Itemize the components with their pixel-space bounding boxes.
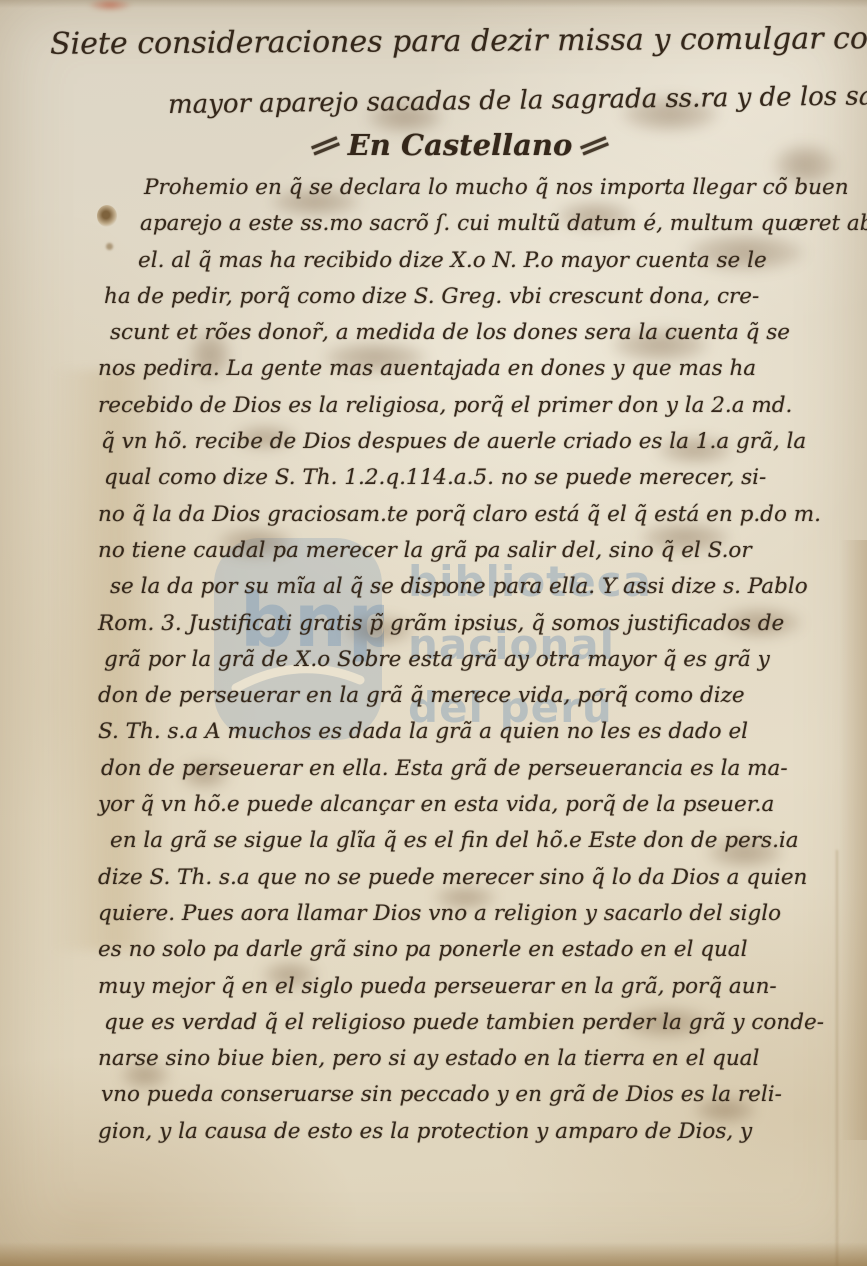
manuscript-line: muy mejor q̃ en el siglo pueda perseuera…: [98, 969, 858, 1005]
manuscript-line: ha de pedir, porq̃ como dize S. Greg. vb…: [104, 279, 858, 315]
manuscript-line: no q̃ la da Dios graciosam.te porq̃ clar…: [98, 497, 858, 533]
manuscript-line: el. al q̃ mas ha recibido dize X.o N. P.…: [138, 243, 858, 279]
manuscript-line: S. Th. s.a A muchos es dada la grã a qui…: [98, 714, 858, 750]
manuscript-line: aparejo a este ss.mo sacrõ ſ. cui multũ …: [140, 206, 858, 242]
manuscript-line: don de perseuerar en ella. Esta grã de p…: [101, 751, 858, 787]
manuscript-line: qual como dize S. Th. 1.2.q.114.a.5. no …: [104, 460, 858, 496]
manuscript-line: que es verdad q̃ el religioso puede tamb…: [104, 1005, 858, 1041]
manuscript-line: q̃ vn hõ. recibe de Dios despues de auer…: [101, 424, 858, 460]
manuscript-text: Siete consideraciones para dezir missa y…: [0, 0, 867, 1266]
manuscript-line: Rom. 3. Justificati gratis p̃ grãm ipsiu…: [98, 606, 858, 642]
section-heading: =En Castellano=: [280, 128, 640, 162]
manuscript-body: Prohemio en q̃ se declara lo mucho q̃ no…: [98, 170, 858, 1150]
manuscript-line: quiere. Pues aora llamar Dios vno a reli…: [98, 896, 858, 932]
manuscript-line: se la da por su mĩa al q̃ se dispone par…: [110, 569, 858, 605]
manuscript-line: don de perseuerar en la grã q̃ merece vi…: [98, 678, 858, 714]
manuscript-line: no tiene caudal pa merecer la grã pa sal…: [98, 533, 858, 569]
manuscript-line: narse sino biue bien, pero si ay estado …: [98, 1041, 858, 1077]
manuscript-line: scunt et rões donor̃, a medida de los do…: [110, 315, 858, 351]
manuscript-title-line1: Siete consideraciones para dezir missa y…: [50, 21, 850, 62]
manuscript-line: dize S. Th. s.a que no se puede merecer …: [98, 860, 858, 896]
manuscript-line: grã por la grã de X.o Sobre esta grã ay …: [104, 642, 858, 678]
manuscript-line: Prohemio en q̃ se declara lo mucho q̃ no…: [144, 170, 858, 206]
manuscript-line: gion, y la causa de esto es la protectio…: [98, 1114, 858, 1150]
manuscript-line: nos pedira. La gente mas auentajada en d…: [98, 351, 858, 387]
manuscript-page: bnp biblioteca nacional del perú: [0, 0, 867, 1266]
manuscript-line: es no solo pa darle grã sino pa ponerle …: [98, 932, 858, 968]
manuscript-line: vno pueda conseruarse sin peccado y en g…: [101, 1077, 858, 1113]
manuscript-line: recebido de Dios es la religiosa, porq̃ …: [98, 388, 858, 424]
flourish-left: =: [302, 122, 349, 167]
flourish-right: =: [571, 122, 618, 167]
manuscript-line: en la grã se sigue la glĩa q̃ es el fin …: [110, 823, 858, 859]
manuscript-line: yor q̃ vn hõ.e puede alcançar en esta vi…: [98, 787, 858, 823]
section-heading-text: En Castellano: [348, 128, 573, 162]
manuscript-title-line2: mayor aparejo sacadas de la sagrada ss.r…: [168, 82, 828, 120]
